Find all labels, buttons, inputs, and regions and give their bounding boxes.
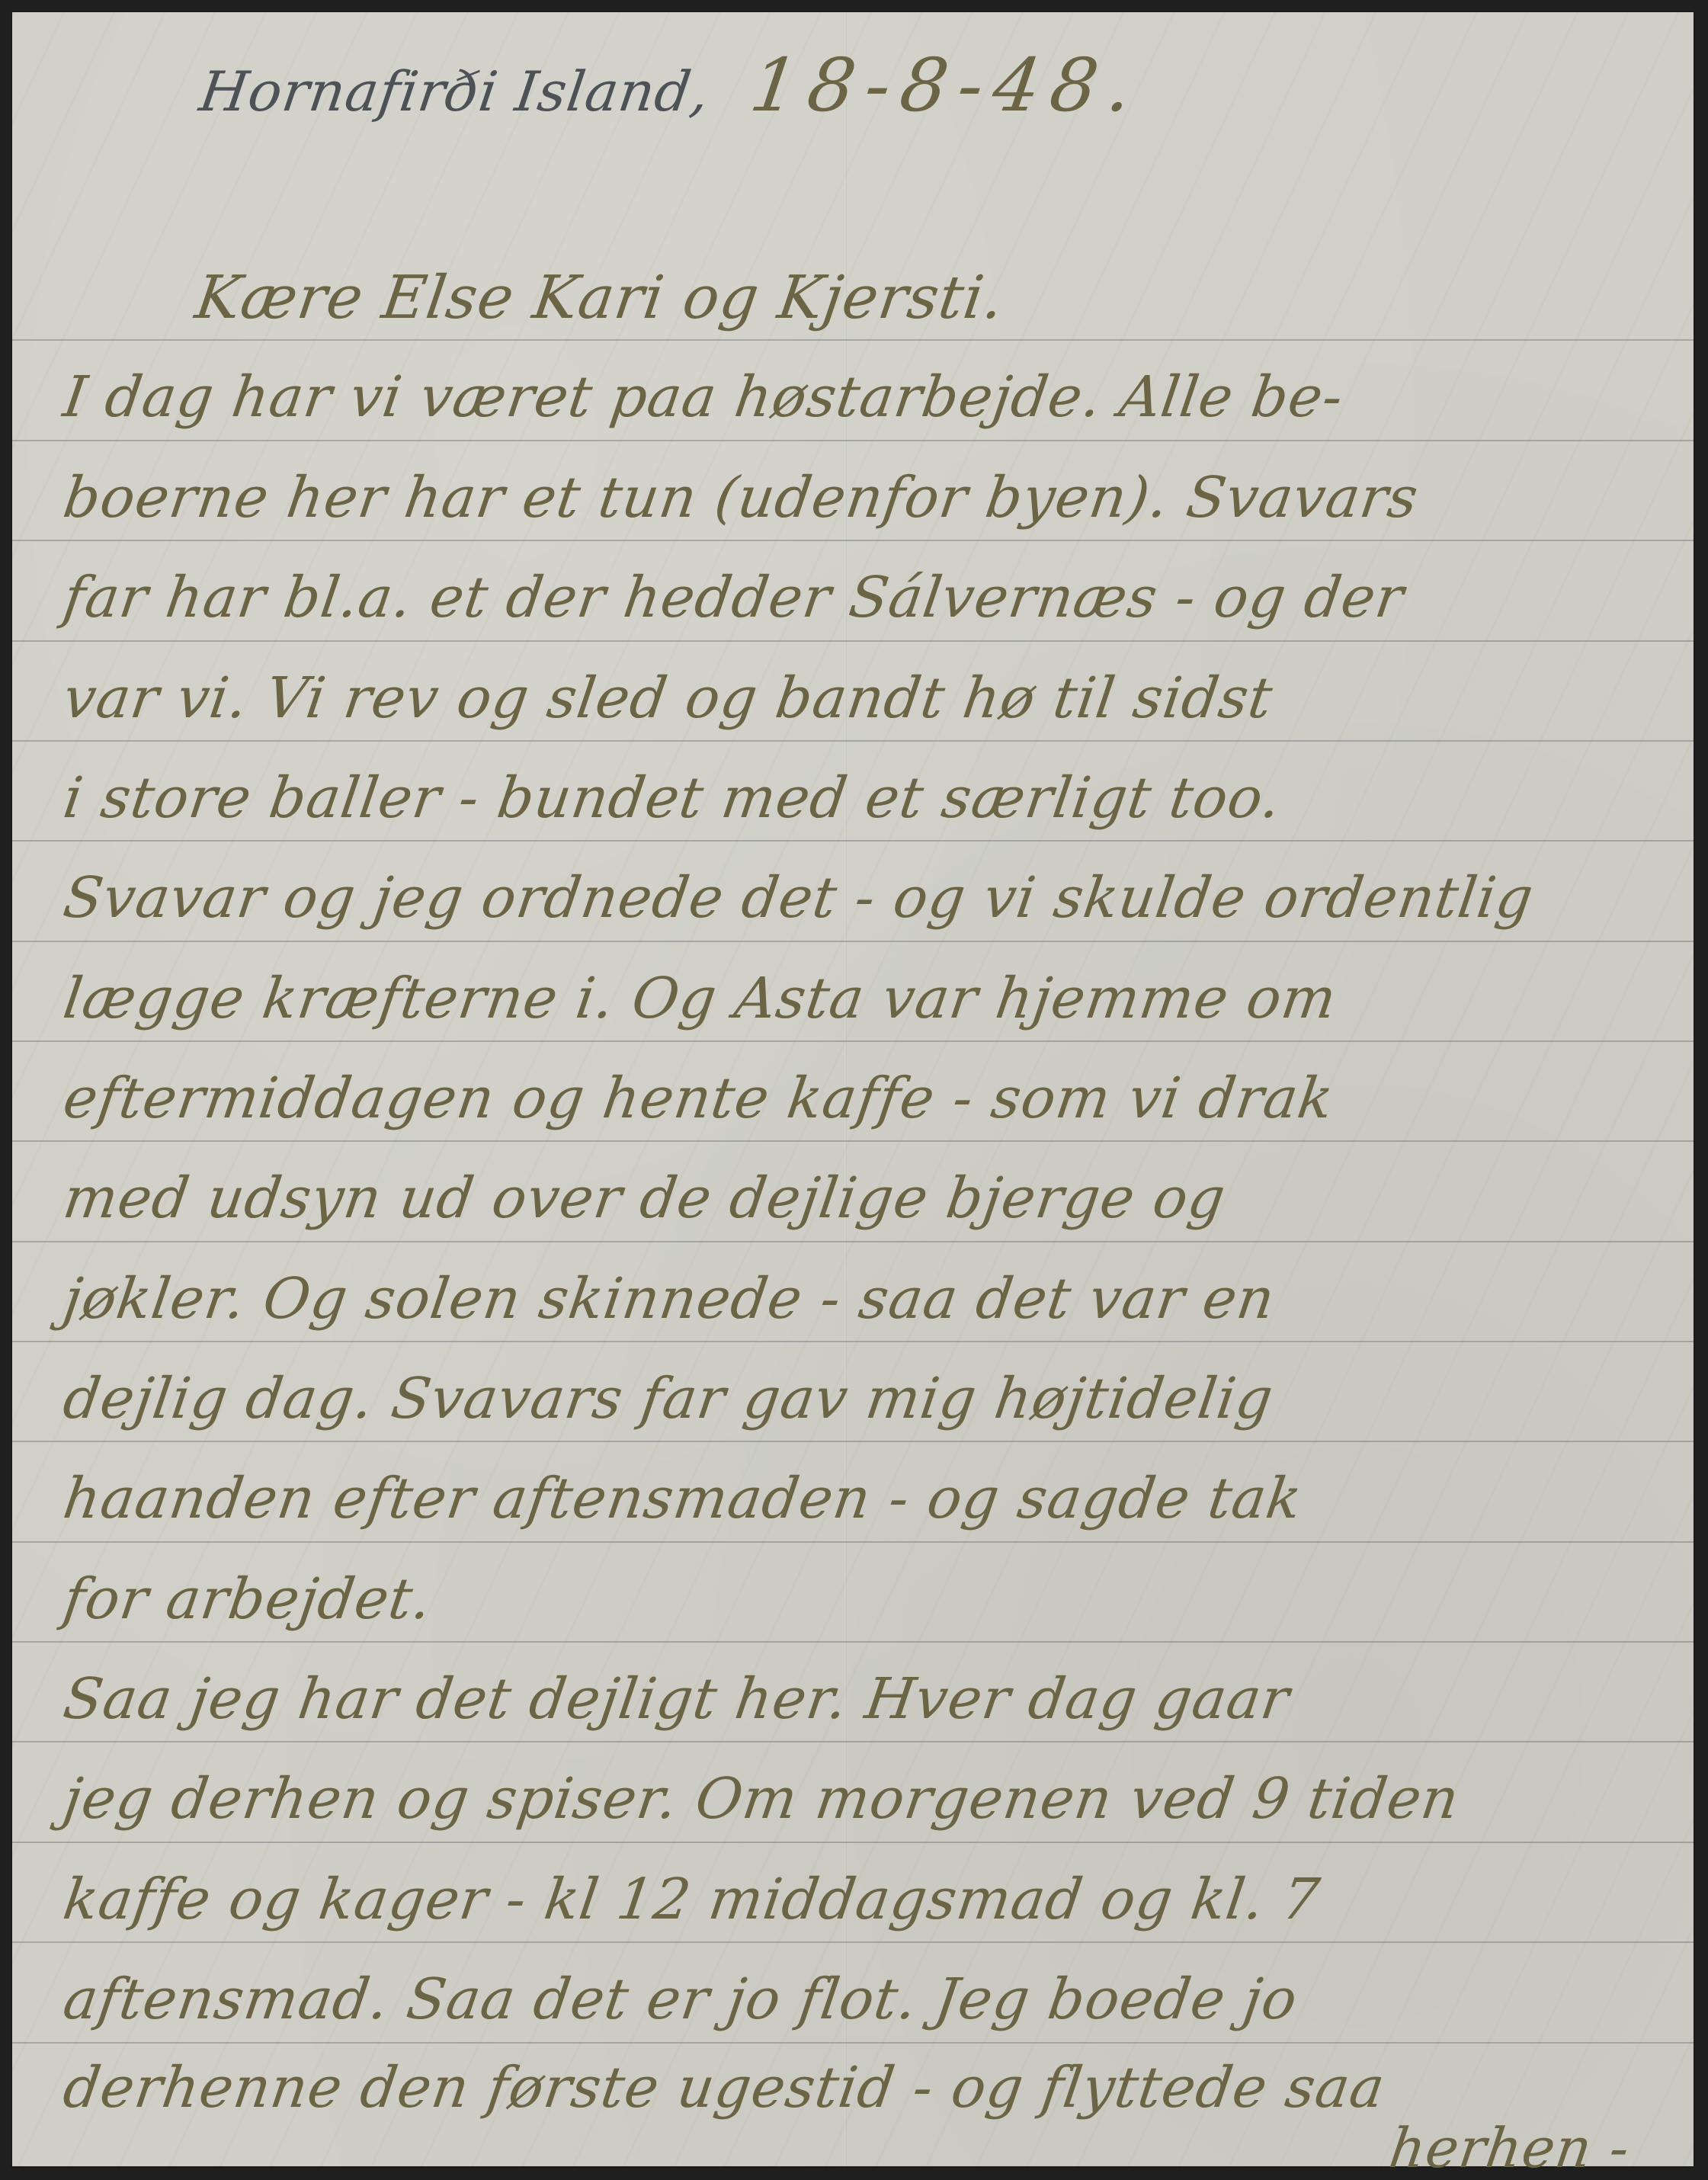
ruled-line bbox=[12, 1341, 1694, 1342]
letter-line: i store baller - bundet med et særligt t… bbox=[59, 765, 1672, 831]
letter-line: jøkler. Og solen skinnede - saa det var … bbox=[59, 1266, 1672, 1332]
ruled-line bbox=[12, 540, 1694, 541]
ruled-line bbox=[12, 1441, 1694, 1442]
letter-line: I dag har vi været paa høstarbejde. Alle… bbox=[59, 364, 1672, 430]
letter-line: aftensmad. Saa det er jo flot. Jeg boede… bbox=[59, 1967, 1672, 2032]
letter-header: Hornafirði Island, 18-8-48. bbox=[195, 43, 1675, 128]
salutation: Kære Else Kari og Kjersti. bbox=[191, 264, 1673, 332]
letter-line: lægge kræfterne i. Og Asta var hjemme om bbox=[59, 966, 1672, 1031]
ruled-line bbox=[12, 1040, 1694, 1042]
letter-date: 18-8-48. bbox=[745, 43, 1149, 128]
ruled-line bbox=[12, 1140, 1694, 1142]
letter-line: eftermiddagen og hente kaffe - som vi dr… bbox=[59, 1066, 1672, 1131]
letter-line: for arbejdet. bbox=[59, 1566, 1672, 1632]
letter-line: boerne her har et tun (udenfor byen). Sv… bbox=[59, 465, 1672, 531]
ruled-line bbox=[12, 1641, 1694, 1643]
ruled-line bbox=[12, 1842, 1694, 1843]
letter-page: Hornafirði Island, 18-8-48. Kære Else Ka… bbox=[12, 12, 1694, 2166]
page-continuation: herhen - bbox=[1386, 2116, 1634, 2180]
ruled-line bbox=[12, 2042, 1694, 2044]
ruled-line bbox=[12, 740, 1694, 742]
letter-line: var vi. Vi rev og sled og bandt hø til s… bbox=[59, 665, 1672, 731]
ruled-line bbox=[12, 1741, 1694, 1742]
letter-line: dejlig dag. Svavars far gav mig højtidel… bbox=[59, 1366, 1672, 1431]
letter-line: far har bl.a. et der hedder Sálvernæs - … bbox=[59, 565, 1672, 630]
letter-line: kaffe og kager - kl 12 middagsmad og kl.… bbox=[59, 1867, 1672, 1932]
letter-line: jeg derhen og spiser. Om morgenen ved 9 … bbox=[59, 1766, 1672, 1832]
ruled-line bbox=[12, 840, 1694, 842]
letter-line: med udsyn ud over de dejlige bjerge og bbox=[59, 1165, 1672, 1231]
letter-line: Saa jeg har det dejligt her. Hver dag ga… bbox=[59, 1666, 1672, 1732]
ruled-line bbox=[12, 339, 1694, 341]
letter-line: derhenne den første ugestid - og flytted… bbox=[59, 2055, 1672, 2121]
letter-line: haanden efter aftensmaden - og sagde tak bbox=[59, 1466, 1672, 1531]
ruled-line bbox=[12, 640, 1694, 642]
place-line: Hornafirði Island, bbox=[196, 59, 714, 123]
ruled-line bbox=[12, 440, 1694, 441]
ruled-line bbox=[12, 941, 1694, 942]
ruled-line bbox=[12, 1541, 1694, 1543]
ruled-line bbox=[12, 1241, 1694, 1242]
letter-line: Svavar og jeg ordnede det - og vi skulde… bbox=[59, 865, 1672, 931]
ruled-line bbox=[12, 1941, 1694, 1943]
